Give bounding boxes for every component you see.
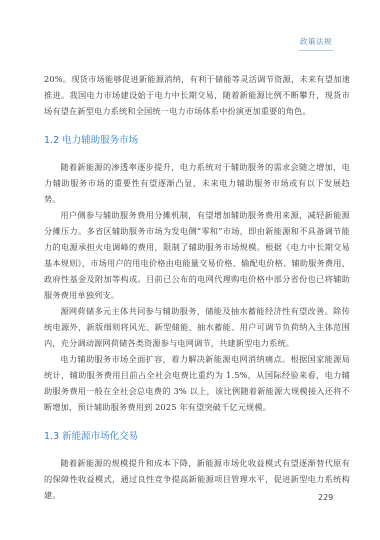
paragraph: 随着新能源的渗透率逐步提升，电力系统对于辅助服务的需求会随之增加，电力辅助服务市… — [44, 159, 350, 207]
section-heading-1-2: 1.2 电力辅助服务市场 — [44, 134, 350, 148]
page-body: 20%。现货市场能够促进新能源消纳，有利于储能等灵活调节资源，未来有望加速推进。… — [44, 71, 350, 503]
paragraph: 源网荷储多元主体共同参与辅助服务，储能及抽水蓄能经济性有望改善。除传统电源外，新… — [44, 303, 350, 351]
section-heading-1-3: 1.3 新能源市场化交易 — [44, 430, 350, 444]
page-number: 229 — [318, 493, 333, 502]
paragraph: 随着新能源的规模提升和成本下降，新能源市场化收益模式有望逐渐替代原有的保障性收益… — [44, 455, 350, 503]
intro-paragraph: 20%。现货市场能够促进新能源消纳，有利于储能等灵活调节资源，未来有望加速推进。… — [44, 71, 350, 119]
running-header-section-tag: 政策法规 — [299, 36, 333, 51]
paragraph: 电力辅助服务市场全面扩容，着力解决新能源电网消纳痛点。根据国家能源局统计，辅助服… — [44, 351, 350, 415]
paragraph: 用户侧参与辅助服务费用分摊机制，有望增加辅助服务费用来源，减轻新能源分摊压力。多… — [44, 207, 350, 303]
